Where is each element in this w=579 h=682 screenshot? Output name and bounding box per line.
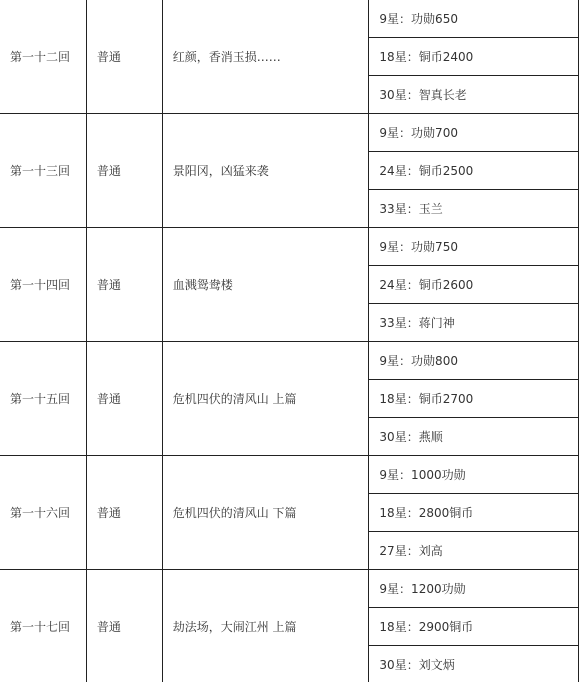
type-cell: 普通 bbox=[86, 342, 162, 456]
title-cell: 劫法场，大闹江州 上篇 bbox=[162, 570, 369, 682]
reward-cell: 27星：刘高 bbox=[369, 532, 579, 570]
table-row: 第一十七回 普通 劫法场，大闹江州 上篇 9星：1200功勋 bbox=[0, 570, 579, 608]
chapter-cell: 第一十四回 bbox=[0, 228, 86, 342]
title-cell: 红颜，香消玉损…… bbox=[162, 0, 369, 114]
type-cell: 普通 bbox=[86, 228, 162, 342]
chapter-cell: 第一十七回 bbox=[0, 570, 86, 682]
reward-cell: 9星：功勋800 bbox=[369, 342, 579, 380]
reward-cell: 9星：1000功勋 bbox=[369, 456, 579, 494]
reward-cell: 9星：功勋750 bbox=[369, 228, 579, 266]
table-row: 第一十三回 普通 景阳冈，凶猛来袭 9星：功勋700 bbox=[0, 114, 579, 152]
table-row: 第一十二回 普通 红颜，香消玉损…… 9星：功勋650 bbox=[0, 0, 579, 38]
type-cell: 普通 bbox=[86, 570, 162, 682]
reward-cell: 24星：铜币2500 bbox=[369, 152, 579, 190]
reward-cell: 30星：智真长老 bbox=[369, 76, 579, 114]
title-cell: 危机四伏的清风山 上篇 bbox=[162, 342, 369, 456]
reward-cell: 9星：1200功勋 bbox=[369, 570, 579, 608]
title-cell: 血溅鸳鸯楼 bbox=[162, 228, 369, 342]
reward-cell: 24星：铜币2600 bbox=[369, 266, 579, 304]
table-row: 第一十六回 普通 危机四伏的清风山 下篇 9星：1000功勋 bbox=[0, 456, 579, 494]
title-cell: 景阳冈，凶猛来袭 bbox=[162, 114, 369, 228]
chapter-rewards-table-wrapper: 第一十二回 普通 红颜，香消玉损…… 9星：功勋650 18星：铜币2400 3… bbox=[0, 0, 579, 682]
table-body: 第一十二回 普通 红颜，香消玉损…… 9星：功勋650 18星：铜币2400 3… bbox=[0, 0, 579, 682]
chapter-cell: 第一十三回 bbox=[0, 114, 86, 228]
reward-cell: 9星：功勋650 bbox=[369, 0, 579, 38]
title-cell: 危机四伏的清风山 下篇 bbox=[162, 456, 369, 570]
reward-cell: 30星：刘文炳 bbox=[369, 646, 579, 682]
table-row: 第一十五回 普通 危机四伏的清风山 上篇 9星：功勋800 bbox=[0, 342, 579, 380]
type-cell: 普通 bbox=[86, 0, 162, 114]
type-cell: 普通 bbox=[86, 114, 162, 228]
chapter-cell: 第一十五回 bbox=[0, 342, 86, 456]
reward-cell: 33星：蒋门神 bbox=[369, 304, 579, 342]
reward-cell: 18星：铜币2400 bbox=[369, 38, 579, 76]
chapter-rewards-table: 第一十二回 普通 红颜，香消玉损…… 9星：功勋650 18星：铜币2400 3… bbox=[0, 0, 579, 682]
reward-cell: 9星：功勋700 bbox=[369, 114, 579, 152]
type-cell: 普通 bbox=[86, 456, 162, 570]
reward-cell: 33星：玉兰 bbox=[369, 190, 579, 228]
chapter-cell: 第一十二回 bbox=[0, 0, 86, 114]
chapter-cell: 第一十六回 bbox=[0, 456, 86, 570]
reward-cell: 18星：2900铜币 bbox=[369, 608, 579, 646]
reward-cell: 18星：2800铜币 bbox=[369, 494, 579, 532]
reward-cell: 30星：燕顺 bbox=[369, 418, 579, 456]
table-row: 第一十四回 普通 血溅鸳鸯楼 9星：功勋750 bbox=[0, 228, 579, 266]
reward-cell: 18星：铜币2700 bbox=[369, 380, 579, 418]
